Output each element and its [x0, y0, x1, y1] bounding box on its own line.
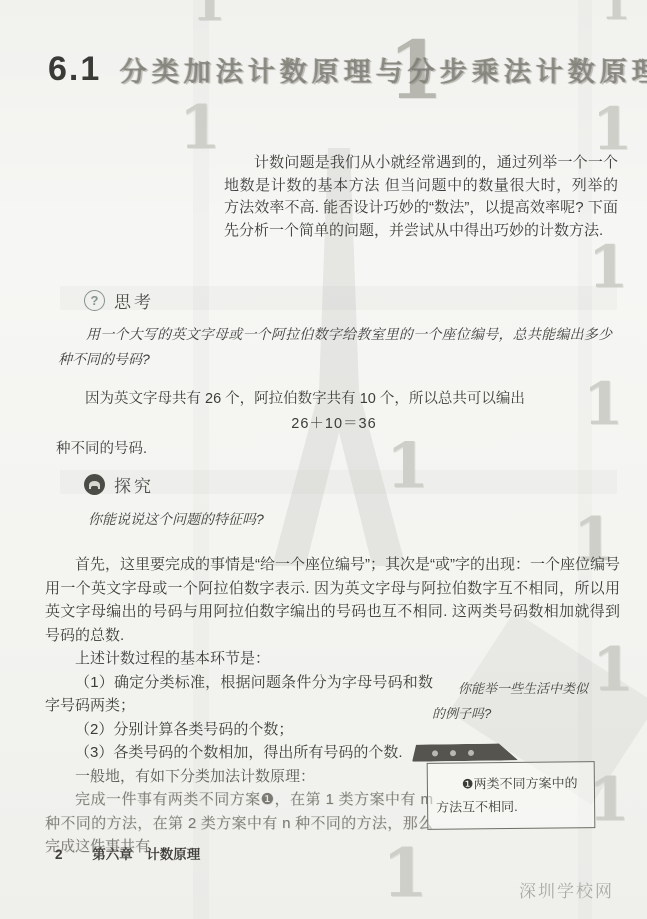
strip-dot — [450, 750, 456, 756]
watermark-digit: 1 — [192, 0, 225, 28]
explore-label: 探究 — [114, 472, 154, 497]
body-paragraph-1: 首先，这里要完成的事情是“给一个座位编号”；其次是“或”字的出现：一个座位编号用… — [45, 553, 620, 647]
watermark-digit: 1 — [592, 100, 632, 158]
answer-line2: 种不同的号码. — [56, 438, 612, 461]
site-watermark: 深圳学校网 — [519, 877, 614, 902]
watermark-digit: 1 — [588, 238, 628, 296]
explore-section-header: 探究 — [84, 472, 154, 497]
strip-dot — [468, 749, 474, 755]
body-item-1: （1）确定分类标准，根据问题条件分为字母号码和数字号码两类； — [45, 671, 433, 718]
question-mark-icon: ? — [84, 290, 105, 311]
strip-dot — [432, 750, 438, 756]
section-header: 6.1 分类加法计数原理与分步乘法计数原理 — [48, 50, 608, 89]
body-paragraph-3: 一般地，有如下分类加法计数原理： — [45, 765, 433, 789]
body-item-3: （3）各类号码的个数相加，得出所有号码的个数. — [45, 741, 433, 765]
section-title: 分类加法计数原理与分步乘法计数原理 — [120, 57, 647, 87]
chapter-title: 第六章 计数原理 — [92, 847, 200, 862]
page-footer: 2 第六章 计数原理 — [55, 843, 200, 863]
think-label: 思考 — [114, 288, 154, 313]
section-number: 6.1 — [48, 50, 101, 88]
textbook-page-scan: 1 1 1 1 1 1 1 1 1 1 1 1 6.1 分类加法计数原理与分步乘… — [0, 0, 647, 919]
think-question: 用一个大写的英文字母或一个阿拉伯数字给教室里的一个座位编号，总共能编出多少种不同… — [58, 322, 612, 372]
watermark-digit: 1 — [179, 98, 221, 158]
explore-icon — [84, 474, 105, 495]
margin-question-note: 你能举一些生活中类似的例子吗? — [432, 676, 592, 726]
narrow-column: （1）确定分类标准，根据问题条件分为字母号码和数字号码两类； （2）分别计算各类… — [45, 671, 433, 859]
answer-line1: 因为英文字母共有 26 个，阿拉伯数字共有 10 个，所以总共可以编出 — [56, 388, 612, 411]
body-item-2: （2）分别计算各类号码的个数； — [45, 718, 433, 742]
think-section-header: ? 思考 — [84, 288, 154, 313]
answer-block: 因为英文字母共有 26 个，阿拉伯数字共有 10 个，所以总共可以编出 26＋1… — [56, 388, 612, 461]
page-number: 2 — [55, 847, 63, 862]
intro-paragraph: 计数问题是我们从小就经常遇到的，通过列举一个一个地数是计数的基本方法 但当问题中… — [224, 152, 618, 242]
watermark-digit: 1 — [601, 0, 630, 26]
footnote-box: ❶两类不同方案中的方法互不相同. — [427, 761, 596, 830]
explore-question: 你能说说这个问题的特征吗? — [88, 507, 488, 531]
body-paragraph-2: 上述计数过程的基本环节是： — [45, 647, 620, 671]
answer-formula: 26＋10＝36 — [56, 413, 612, 436]
